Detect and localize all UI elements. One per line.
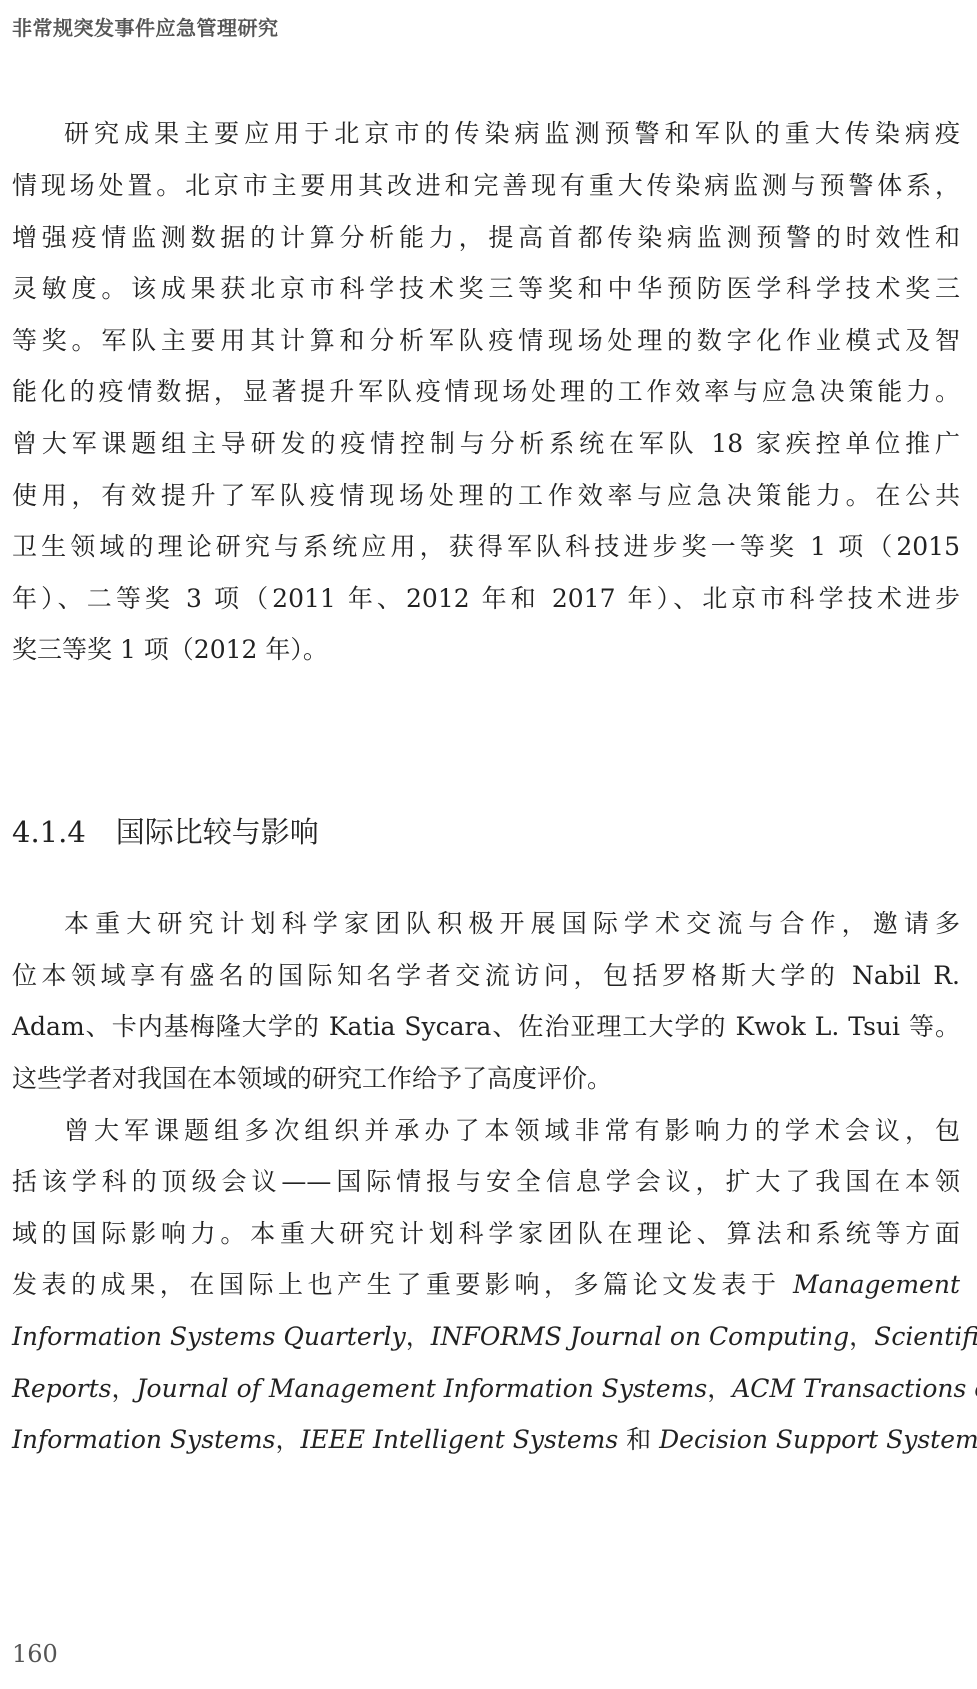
text-line: 等奖。军队主要用其计算和分析军队疫情现场处理的数字化作业模式及智 (12, 321, 960, 361)
text-line: Information Systems，IEEE Intelligent Sys… (12, 1420, 960, 1460)
separator: ， (707, 1374, 732, 1403)
text-line: Adam、卡内基梅隆大学的 Katia Sycara、佐治亚理工大学的 Kwok… (12, 1007, 960, 1047)
page-number: 160 (12, 1640, 58, 1668)
text-line: 情现场处置。北京市主要用其改进和完善现有重大传染病监测与预警体系， (12, 166, 960, 206)
text-line: 括该学科的顶级会议——国际情报与安全信息学会议，扩大了我国在本领 (12, 1162, 960, 1202)
text-line: 年）、二等奖 3 项（2011 年、2012 年和 2017 年）、北京市科学技… (12, 579, 960, 619)
text-line: 增强疫情监测数据的计算分析能力，提高首都传染病监测预警的时效性和 (12, 218, 960, 258)
text-line: 奖三等奖 1 项（2012 年）。 (12, 630, 960, 670)
text-line: 位本领域享有盛名的国际知名学者交流访问，包括罗格斯大学的 Nabil R. (12, 956, 960, 996)
text-line: 卫生领域的理论研究与系统应用，获得军队科技进步奖一等奖 1 项（2015 (12, 527, 960, 567)
text-segment: 发表的成果，在国际上也产生了重要影响，多篇论文发表于 (12, 1270, 793, 1299)
text-line: Information Systems Quarterly，INFORMS Jo… (12, 1317, 960, 1357)
text-line: 这些学者对我国在本领域的研究工作给予了高度评价。 (12, 1059, 960, 1099)
text-line: Reports，Journal of Management Informatio… (12, 1369, 960, 1409)
journal-name: ACM Transactions on (732, 1374, 977, 1403)
separator: ， (275, 1425, 300, 1454)
text-line: 发表的成果，在国际上也产生了重要影响，多篇论文发表于 Management (12, 1265, 960, 1305)
section-heading: 4.1.4国际比较与影响 (12, 812, 319, 852)
journal-name: Journal of Management Information System… (137, 1374, 708, 1403)
journal-name: INFORMS Journal on Computing (431, 1322, 849, 1351)
text-line: 曾大军课题组主导研发的疫情控制与分析系统在军队 18 家疾控单位推广 (12, 424, 960, 464)
separator: ， (112, 1374, 137, 1403)
text-line: 能化的疫情数据，显著提升军队疫情现场处理的工作效率与应急决策能力。 (12, 372, 960, 412)
text-segment: 和 (618, 1425, 659, 1454)
text-line: 本重大研究计划科学家团队积极开展国际学术交流与合作，邀请多 (64, 904, 960, 944)
journal-name: Information Systems Quarterly (12, 1322, 406, 1351)
journal-name: IEEE Intelligent Systems (300, 1425, 618, 1454)
text-line: 灵敏度。该成果获北京市科学技术奖三等奖和中华预防医学科学技术奖三 (12, 269, 960, 309)
section-title: 国际比较与影响 (116, 815, 319, 849)
text-line: 研究成果主要应用于北京市的传染病监测预警和军队的重大传染病疫 (64, 114, 960, 154)
text-line: 域的国际影响力。本重大研究计划科学家团队在理论、算法和系统等方面 (12, 1214, 960, 1254)
separator: ， (406, 1322, 431, 1351)
journal-name: Information Systems (12, 1425, 275, 1454)
journal-name: Management (793, 1270, 960, 1299)
text-line: 曾大军课题组多次组织并承办了本领域非常有影响力的学术会议，包 (64, 1111, 960, 1151)
running-header: 非常规突发事件应急管理研究 (12, 12, 279, 41)
text-line: 使用，有效提升了军队疫情现场处理的工作效率与应急决策能力。在公共 (12, 476, 960, 516)
separator: ， (849, 1322, 874, 1351)
journal-name: Scientific (874, 1322, 977, 1351)
section-number: 4.1.4 (12, 815, 86, 849)
journal-name: Decision Support Systems (659, 1425, 977, 1454)
journal-name: Reports (12, 1374, 112, 1403)
